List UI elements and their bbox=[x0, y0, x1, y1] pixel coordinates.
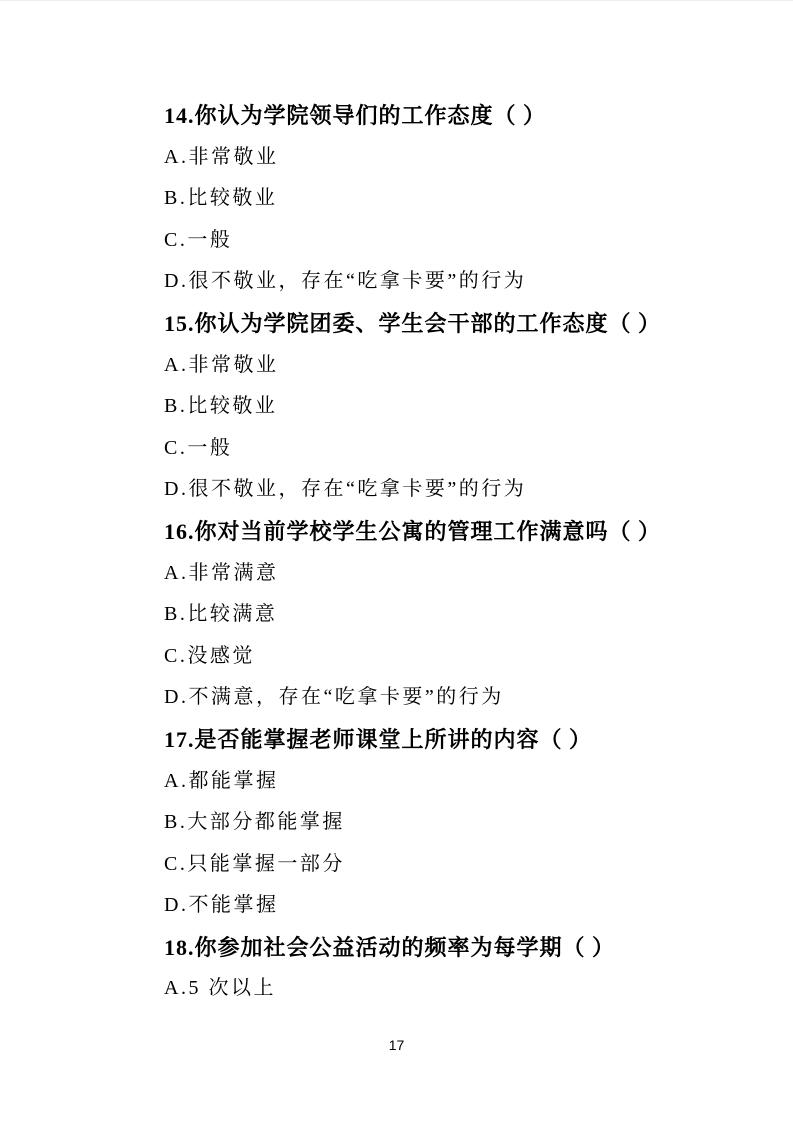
page-footer: 17 bbox=[0, 1035, 793, 1055]
question-15-option-b: B.比较敬业 bbox=[164, 386, 764, 428]
question-18-option-a: A.5 次以上 bbox=[164, 968, 764, 1010]
question-16-title: 16.你对当前学校学生公寓的管理工作满意吗（ ） bbox=[164, 511, 764, 553]
questionnaire-page: { "document": { "questions": [ { "title"… bbox=[0, 0, 793, 1122]
question-15-title: 15.你认为学院团委、学生会干部的工作态度（ ） bbox=[164, 303, 764, 345]
question-15: 15.你认为学院团委、学生会干部的工作态度（ ） A.非常敬业 B.比较敬业 C… bbox=[164, 303, 764, 511]
question-17-title: 17.是否能掌握老师课堂上所讲的内容（ ） bbox=[164, 719, 764, 761]
question-17-option-c: C.只能掌握一部分 bbox=[164, 844, 764, 886]
question-15-option-d: D.很不敬业，存在“吃拿卡要”的行为 bbox=[164, 469, 764, 511]
questionnaire-content: 14.你认为学院领导们的工作态度（ ） A.非常敬业 B.比较敬业 C.一般 D… bbox=[164, 95, 764, 1010]
question-16-option-a: A.非常满意 bbox=[164, 553, 764, 595]
question-15-option-c: C.一般 bbox=[164, 428, 764, 470]
question-14-title: 14.你认为学院领导们的工作态度（ ） bbox=[164, 95, 764, 137]
question-18-title: 18.你参加社会公益活动的频率为每学期（ ） bbox=[164, 927, 764, 969]
page-top-edge bbox=[0, 0, 793, 1]
page-number: 17 bbox=[389, 1037, 405, 1053]
question-14-option-c: C.一般 bbox=[164, 220, 764, 262]
question-16-option-d: D.不满意，存在“吃拿卡要”的行为 bbox=[164, 677, 764, 719]
question-16-option-b: B.比较满意 bbox=[164, 594, 764, 636]
question-14-option-a: A.非常敬业 bbox=[164, 137, 764, 179]
question-15-option-a: A.非常敬业 bbox=[164, 345, 764, 387]
question-17: 17.是否能掌握老师课堂上所讲的内容（ ） A.都能掌握 B.大部分都能掌握 C… bbox=[164, 719, 764, 927]
question-14-option-d: D.很不敬业，存在“吃拿卡要”的行为 bbox=[164, 261, 764, 303]
question-17-option-b: B.大部分都能掌握 bbox=[164, 802, 764, 844]
question-14: 14.你认为学院领导们的工作态度（ ） A.非常敬业 B.比较敬业 C.一般 D… bbox=[164, 95, 764, 303]
question-16-option-c: C.没感觉 bbox=[164, 636, 764, 678]
question-16: 16.你对当前学校学生公寓的管理工作满意吗（ ） A.非常满意 B.比较满意 C… bbox=[164, 511, 764, 719]
question-18: 18.你参加社会公益活动的频率为每学期（ ） A.5 次以上 bbox=[164, 927, 764, 1010]
question-17-option-d: D.不能掌握 bbox=[164, 885, 764, 927]
question-14-option-b: B.比较敬业 bbox=[164, 178, 764, 220]
question-17-option-a: A.都能掌握 bbox=[164, 761, 764, 803]
